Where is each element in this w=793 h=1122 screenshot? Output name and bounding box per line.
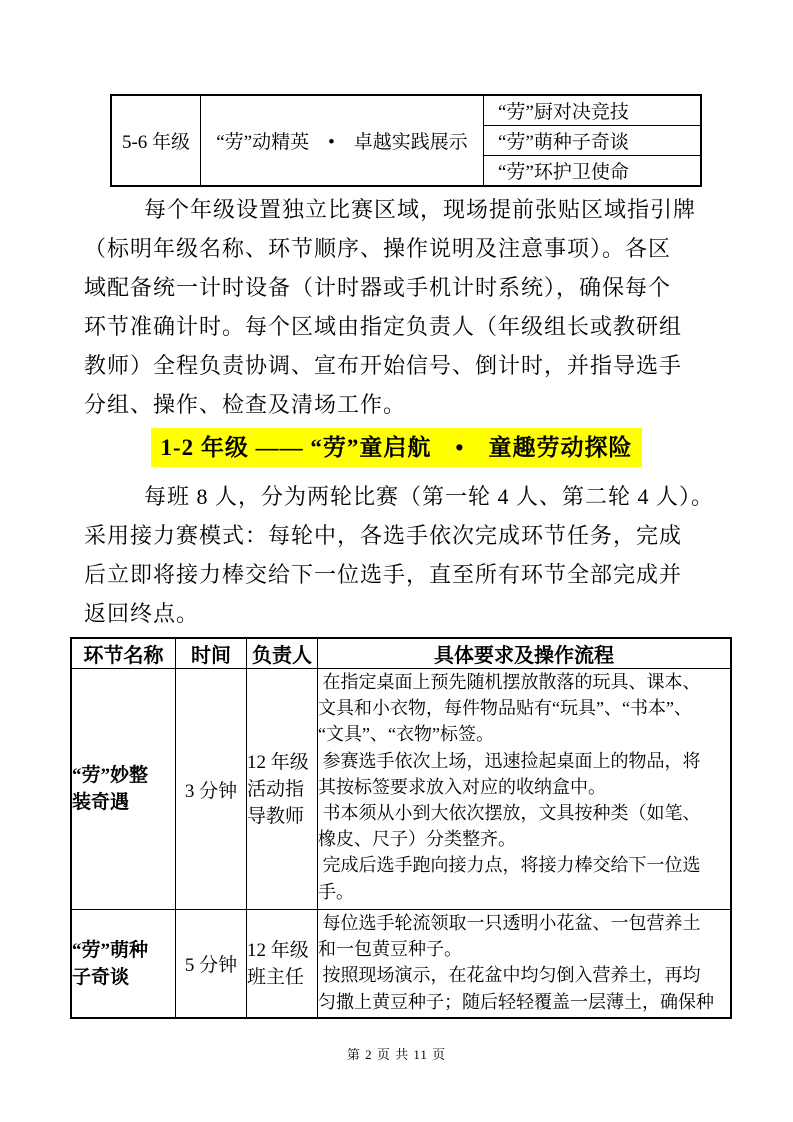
segment-name-cell: “劳”萌种 子奇谈 [71, 910, 176, 1019]
event-cell: “劳”厨对决竞技 [484, 95, 702, 126]
leader-cell: 12 年级 班主任 [247, 910, 318, 1019]
document-page: 5-6 年级 “劳”动精英 • 卓越实践展示 “劳”厨对决竞技 “劳”萌种子奇谈… [0, 0, 793, 1122]
table-row: “劳”妙整 装奇遇 3 分钟 12 年级 活动指 导教师 在指定桌面上预先随机摆… [71, 669, 731, 910]
segment-name-cell: “劳”妙整 装奇遇 [71, 669, 176, 910]
column-header-segment: 环节名称 [71, 638, 176, 669]
region-setup-paragraph: 每个年级设置独立比赛区域，现场提前张贴区域指引牌 （标明年级名称、环节顺序、操作… [84, 190, 729, 424]
table-header-row: 环节名称 时间 负责人 具体要求及操作流程 [71, 638, 731, 669]
page-number-footer: 第 2 页 共 11 页 [0, 1044, 793, 1063]
event-cell: “劳”萌种子奇谈 [484, 126, 702, 156]
section-heading: 1-2 年级 —— “劳”童启航 • 童趣劳动探险 [0, 428, 793, 467]
grade-summary-table: 5-6 年级 “劳”动精英 • 卓越实践展示 “劳”厨对决竞技 “劳”萌种子奇谈… [110, 94, 702, 187]
relay-rules-paragraph: 每班 8 人，分为两轮比赛（第一轮 4 人、第二轮 4 人）。 采用接力赛模式：… [84, 477, 729, 633]
theme-cell: “劳”动精英 • 卓越实践展示 [201, 95, 484, 186]
column-header-leader: 负责人 [247, 638, 318, 669]
table-row: “劳”萌种 子奇谈 5 分钟 12 年级 班主任 每位选手轮流领取一只透明小花盆… [71, 910, 731, 1019]
schedule-table: 环节名称 时间 负责人 具体要求及操作流程 “劳”妙整 装奇遇 3 分钟 12 … [70, 637, 732, 1019]
section-heading-text: 1-2 年级 —— “劳”童启航 • 童趣劳动探险 [151, 428, 643, 467]
leader-cell: 12 年级 活动指 导教师 [247, 669, 318, 910]
column-header-time: 时间 [176, 638, 247, 669]
table-row: 5-6 年级 “劳”动精英 • 卓越实践展示 “劳”厨对决竞技 [111, 95, 701, 126]
event-cell: “劳”环护卫使命 [484, 156, 702, 187]
details-cell: 在指定桌面上预先随机摆放散落的玩具、课本、 文具和小衣物，每件物品贴有“玩具”、… [318, 669, 732, 910]
time-cell: 3 分钟 [176, 669, 247, 910]
column-header-details: 具体要求及操作流程 [318, 638, 732, 669]
grade-cell: 5-6 年级 [111, 95, 201, 186]
details-cell: 每位选手轮流领取一只透明小花盆、一包营养土 和一包黄豆种子。 按照现场演示，在花… [318, 910, 732, 1019]
time-cell: 5 分钟 [176, 910, 247, 1019]
